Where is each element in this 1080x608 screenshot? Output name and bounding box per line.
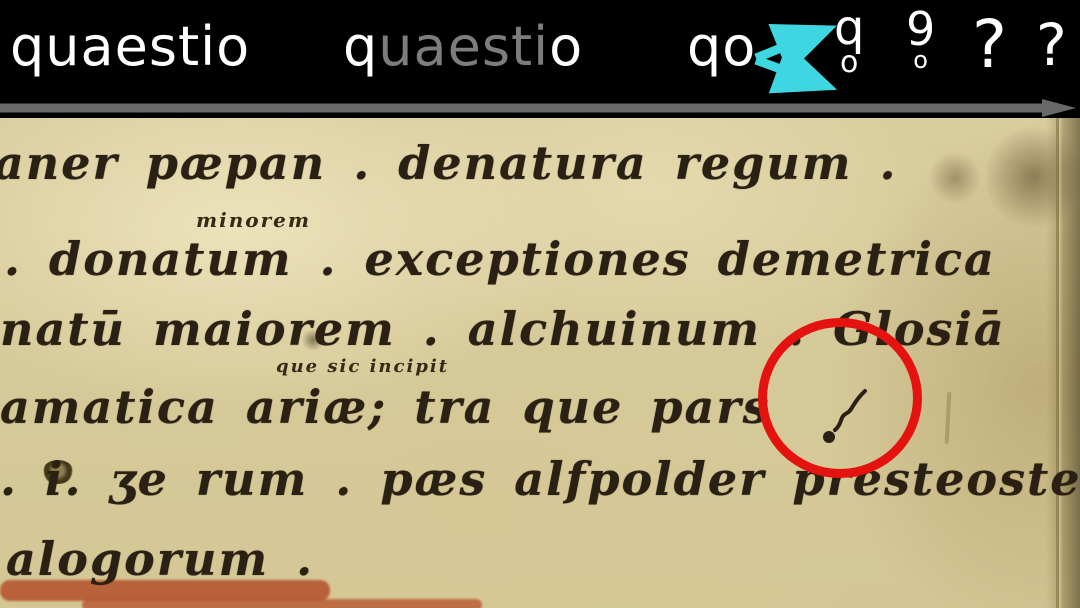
- stage5-hook-over-o: 9 o: [906, 6, 935, 72]
- stage4-q-over-o: q o: [834, 4, 864, 78]
- stage7-modern-question-mark: ?: [1036, 16, 1067, 74]
- red-highlight-circle: [758, 318, 922, 478]
- stage4-bottom-o: o: [840, 48, 858, 78]
- interlinear-gloss-que-sic-incipit: que sic incipit: [276, 358, 449, 376]
- manuscript-line-6: alogorum .: [6, 536, 314, 582]
- red-rubric-underline: [82, 599, 482, 608]
- stage2-quaestio-fading-word: quaestio: [343, 20, 583, 74]
- manuscript-line-4: amatica ariæ; tra que pars: [0, 384, 771, 430]
- manuscript-line-2: . donatum . exceptiones demetrica: [4, 236, 996, 282]
- question-mark-evolution-slide: aner pæpan . denatura regum . minorem . …: [0, 0, 1080, 608]
- split-arrows-icon: [752, 20, 840, 96]
- timeline-arrow: [0, 98, 1080, 118]
- stage3-qo-word: qo: [687, 20, 756, 74]
- stage6-early-question-mark: ?: [972, 12, 1007, 78]
- interlinear-gloss-minorem: minorem: [196, 210, 311, 230]
- stage5-bottom-o: o: [913, 48, 928, 72]
- stage2-faded-middle: uaesti: [378, 15, 549, 78]
- page-edge-shadow: [1046, 118, 1080, 608]
- manuscript-line-1: aner pæpan . denatura regum .: [0, 140, 898, 186]
- header-bar: quaestio quaestio qo q o 9 o ? ?: [0, 0, 1080, 118]
- stage2-lit-q: q: [343, 15, 378, 78]
- manuscript-line-5: . i. ʒe rum . pæs alfpolder presteostes: [0, 456, 1080, 502]
- parchment-crease: [1056, 118, 1059, 608]
- stage2-lit-o: o: [549, 15, 583, 78]
- stage1-quaestio-word: quaestio: [10, 20, 250, 74]
